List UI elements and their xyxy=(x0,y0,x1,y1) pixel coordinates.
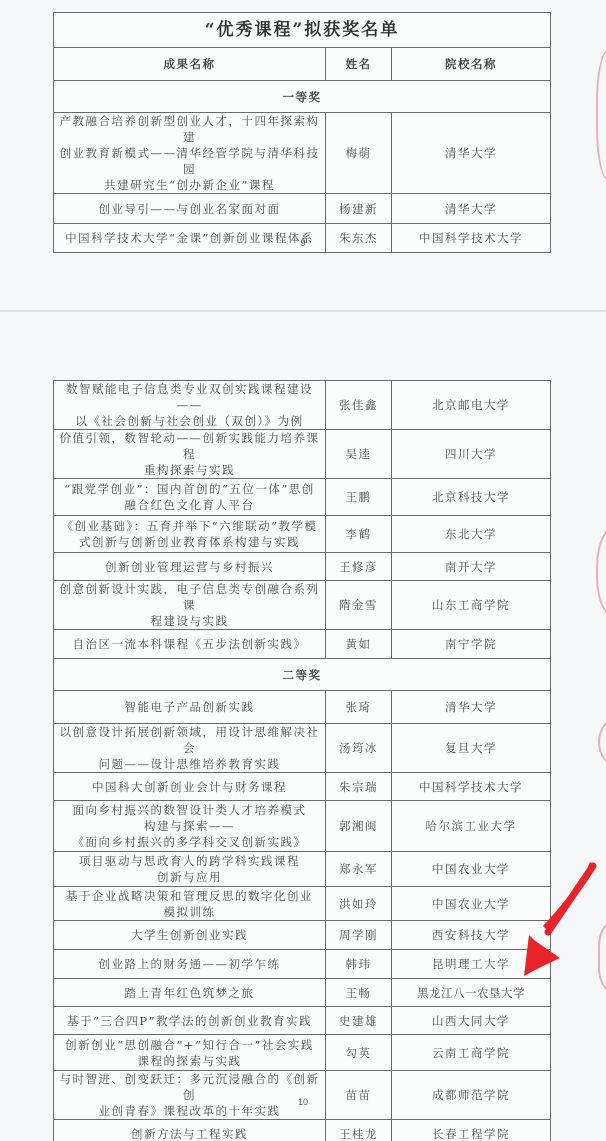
stamp-ring-icon xyxy=(596,527,606,617)
row-title: 创新方法与工程实践 xyxy=(54,1120,326,1141)
row-name: 郭湘闽 xyxy=(326,801,392,852)
row-school: 昆明理工大学 xyxy=(392,950,551,979)
table-row: 价值引领，数智轮动——创新实践能力培养课程重构探索与实践 吴逵 四川大学 xyxy=(54,430,551,479)
row-title: 创业路上的财务通——初学乍练 xyxy=(54,950,326,979)
row-name: 苗苗 xyxy=(326,1071,392,1120)
row-name: 黄如 xyxy=(326,630,392,659)
header-row: 成果名称 姓名 院校名称 xyxy=(54,48,551,81)
table-row: 产教融合培养创新型创业人才，十四年探索构建创业教育新模式——清华经管学院与清华科… xyxy=(54,113,551,194)
header-title: 成果名称 xyxy=(54,48,326,81)
row-name: 汤筠冰 xyxy=(326,724,392,773)
page-number: 9 xyxy=(283,238,323,248)
row-name: 朱东杰 xyxy=(326,224,392,253)
row-school: 四川大学 xyxy=(392,430,551,479)
table-row: 踏上青年红色筑梦之旅 王畅 黑龙江八一农垦大学 xyxy=(54,979,551,1007)
row-title: 创业导引——与创业名家面对面 xyxy=(54,194,326,224)
stamp-ring-icon xyxy=(596,50,606,180)
page-10: 数智赋能电子信息类专业双创实践课程建设——以《社会创新与社会创业（双创）》为例 … xyxy=(0,312,606,1141)
table-row: 数智赋能电子信息类专业双创实践课程建设——以《社会创新与社会创业（双创）》为例 … xyxy=(54,381,551,430)
row-name: 梅萌 xyxy=(326,113,392,194)
row-school: 清华大学 xyxy=(392,113,551,194)
table-row: 《创业基础》：五育并举下“六维联动”教学模式创新与创新创业教育体系构建与实践 李… xyxy=(54,516,551,553)
table-title: “优秀课程”拟获奖名单 xyxy=(54,13,551,48)
table-row: 中国科大创新创业会计与财务课程 朱宗瑞 中国科学技术大学 xyxy=(54,773,551,801)
table-row: 项目驱动与思政育人的跨学科实践课程创新与应用 郑永军 中国农业大学 xyxy=(54,852,551,887)
row-title: 以创意设计拓展创新领域，用设计思维解决社会问题——设计思维培养教育实践 xyxy=(54,724,326,773)
row-school: 山西大同大学 xyxy=(392,1007,551,1035)
section-second-prize: 二等奖 xyxy=(54,659,551,691)
row-name: 杨建新 xyxy=(326,194,392,224)
table-row: 创业路上的财务通——初学乍练 韩玮 昆明理工大学 xyxy=(54,950,551,979)
row-title: 踏上青年红色筑梦之旅 xyxy=(54,979,326,1007)
row-title: 项目驱动与思政育人的跨学科实践课程创新与应用 xyxy=(54,852,326,887)
table-row: 创新创业“思创融合”+“知行合一”社会实践课程的探索与实践 勾英 云南工商学院 xyxy=(54,1035,551,1071)
row-school: 复旦大学 xyxy=(392,724,551,773)
row-title: 智能电子产品创新实践 xyxy=(54,691,326,724)
row-name: 王鹏 xyxy=(326,479,392,516)
row-title: 创新创业管理运营与乡村振兴 xyxy=(54,553,326,581)
row-school: 中国农业大学 xyxy=(392,887,551,921)
row-name: 朱宗瑞 xyxy=(326,773,392,801)
header-school: 院校名称 xyxy=(392,48,551,81)
row-name: 韩玮 xyxy=(326,950,392,979)
row-school: 中国农业大学 xyxy=(392,852,551,887)
row-name: 隋金雪 xyxy=(326,581,392,630)
table-row-highlighted: 基于“三合四P”教学法的创新创业教育实践 史建雄 山西大同大学 xyxy=(54,1007,551,1035)
table-row: 创业导引——与创业名家面对面 杨建新 清华大学 xyxy=(54,194,551,224)
row-name: 洪如玲 xyxy=(326,887,392,921)
row-name: 王畅 xyxy=(326,979,392,1007)
row-school: 北京科技大学 xyxy=(392,479,551,516)
row-school: 哈尔滨工业大学 xyxy=(392,801,551,852)
row-school: 南宁学院 xyxy=(392,630,551,659)
row-title: 面向乡村振兴的数智设计类人才培养模式构建与探索——《面向乡村振兴的多学科交叉创新… xyxy=(54,801,326,852)
row-name: 张琦 xyxy=(326,691,392,724)
row-name: 李鹤 xyxy=(326,516,392,553)
row-school: 云南工商学院 xyxy=(392,1035,551,1071)
award-table-page-9: “优秀课程”拟获奖名单 成果名称 姓名 院校名称 一等奖 产教融合培养创新型创业… xyxy=(53,12,551,253)
row-name: 周学刚 xyxy=(326,921,392,950)
row-school: 黑龙江八一农垦大学 xyxy=(392,979,551,1007)
table-row: “跟党学创业”：国内首创的“五位一体”思创融合红色文化育人平台 王鹏 北京科技大… xyxy=(54,479,551,516)
table-row: 以创意设计拓展创新领域，用设计思维解决社会问题——设计思维培养教育实践 汤筠冰 … xyxy=(54,724,551,773)
row-title: 与时智进、创变跃迁：多元沉浸融合的《创新创业创青春》课程改革的十年实践 xyxy=(54,1071,326,1120)
header-name: 姓名 xyxy=(326,48,392,81)
row-school: 中国科学技术大学 xyxy=(392,224,551,253)
row-school: 中国科学技术大学 xyxy=(392,773,551,801)
row-title: 数智赋能电子信息类专业双创实践课程建设——以《社会创新与社会创业（双创）》为例 xyxy=(54,381,326,430)
table-row: 基于企业战略决策和管理反思的数字化创业模拟训练 洪如玲 中国农业大学 xyxy=(54,887,551,921)
row-name: 郑永军 xyxy=(326,852,392,887)
table-row: 创意创新设计实践，电子信息类专创融合系列课程建设与实践 隋金雪 山东工商学院 xyxy=(54,581,551,630)
award-table-page-10: 数智赋能电子信息类专业双创实践课程建设——以《社会创新与社会创业（双创）》为例 … xyxy=(53,380,551,1141)
row-name: 王修彦 xyxy=(326,553,392,581)
row-school: 清华大学 xyxy=(392,194,551,224)
row-title: 《创业基础》：五育并举下“六维联动”教学模式创新与创新创业教育体系构建与实践 xyxy=(54,516,326,553)
row-title: 创新创业“思创融合”+“知行合一”社会实践课程的探索与实践 xyxy=(54,1035,326,1071)
row-title: 基于企业战略决策和管理反思的数字化创业模拟训练 xyxy=(54,887,326,921)
row-school: 长春工程学院 xyxy=(392,1120,551,1141)
row-school: 山东工商学院 xyxy=(392,581,551,630)
row-name: 勾英 xyxy=(326,1035,392,1071)
row-name: 吴逵 xyxy=(326,430,392,479)
table-row: 智能电子产品创新实践 张琦 清华大学 xyxy=(54,691,551,724)
row-title: 自治区一流本科课程《五步法创新实践》 xyxy=(54,630,326,659)
row-school: 清华大学 xyxy=(392,691,551,724)
row-school: 东北大学 xyxy=(392,516,551,553)
row-title: 大学生创新创业实践 xyxy=(54,921,326,950)
row-name: 史建雄 xyxy=(326,1007,392,1035)
row-school: 西安科技大学 xyxy=(392,921,551,950)
row-name: 王桂龙 xyxy=(326,1120,392,1141)
page-9: “优秀课程”拟获奖名单 成果名称 姓名 院校名称 一等奖 产教融合培养创新型创业… xyxy=(0,0,606,310)
row-title: 基于“三合四P”教学法的创新创业教育实践 xyxy=(54,1007,326,1035)
page-number: 10 xyxy=(283,1097,323,1107)
stamp-ring-icon xyxy=(598,922,606,992)
table-row: 面向乡村振兴的数智设计类人才培养模式构建与探索——《面向乡村振兴的多学科交叉创新… xyxy=(54,801,551,852)
table-row: 创新创业管理运营与乡村振兴 王修彦 南开大学 xyxy=(54,553,551,581)
row-school: 北京邮电大学 xyxy=(392,381,551,430)
row-name: 张佳鑫 xyxy=(326,381,392,430)
row-title: “跟党学创业”：国内首创的“五位一体”思创融合红色文化育人平台 xyxy=(54,479,326,516)
table-row: 自治区一流本科课程《五步法创新实践》 黄如 南宁学院 xyxy=(54,630,551,659)
row-title: 创意创新设计实践，电子信息类专创融合系列课程建设与实践 xyxy=(54,581,326,630)
row-title: 价值引领，数智轮动——创新实践能力培养课程重构探索与实践 xyxy=(54,430,326,479)
section-first-prize: 一等奖 xyxy=(54,81,551,113)
row-school: 南开大学 xyxy=(392,553,551,581)
row-title: 中国科大创新创业会计与财务课程 xyxy=(54,773,326,801)
row-title: 产教融合培养创新型创业人才，十四年探索构建创业教育新模式——清华经管学院与清华科… xyxy=(54,113,326,194)
row-school: 成都师范学院 xyxy=(392,1071,551,1120)
table-row: 创新方法与工程实践 王桂龙 长春工程学院 xyxy=(54,1120,551,1141)
table-row: 大学生创新创业实践 周学刚 西安科技大学 xyxy=(54,921,551,950)
stamp-ring-icon xyxy=(598,717,606,767)
table-row: 与时智进、创变跃迁：多元沉浸融合的《创新创业创青春》课程改革的十年实践 苗苗 成… xyxy=(54,1071,551,1120)
